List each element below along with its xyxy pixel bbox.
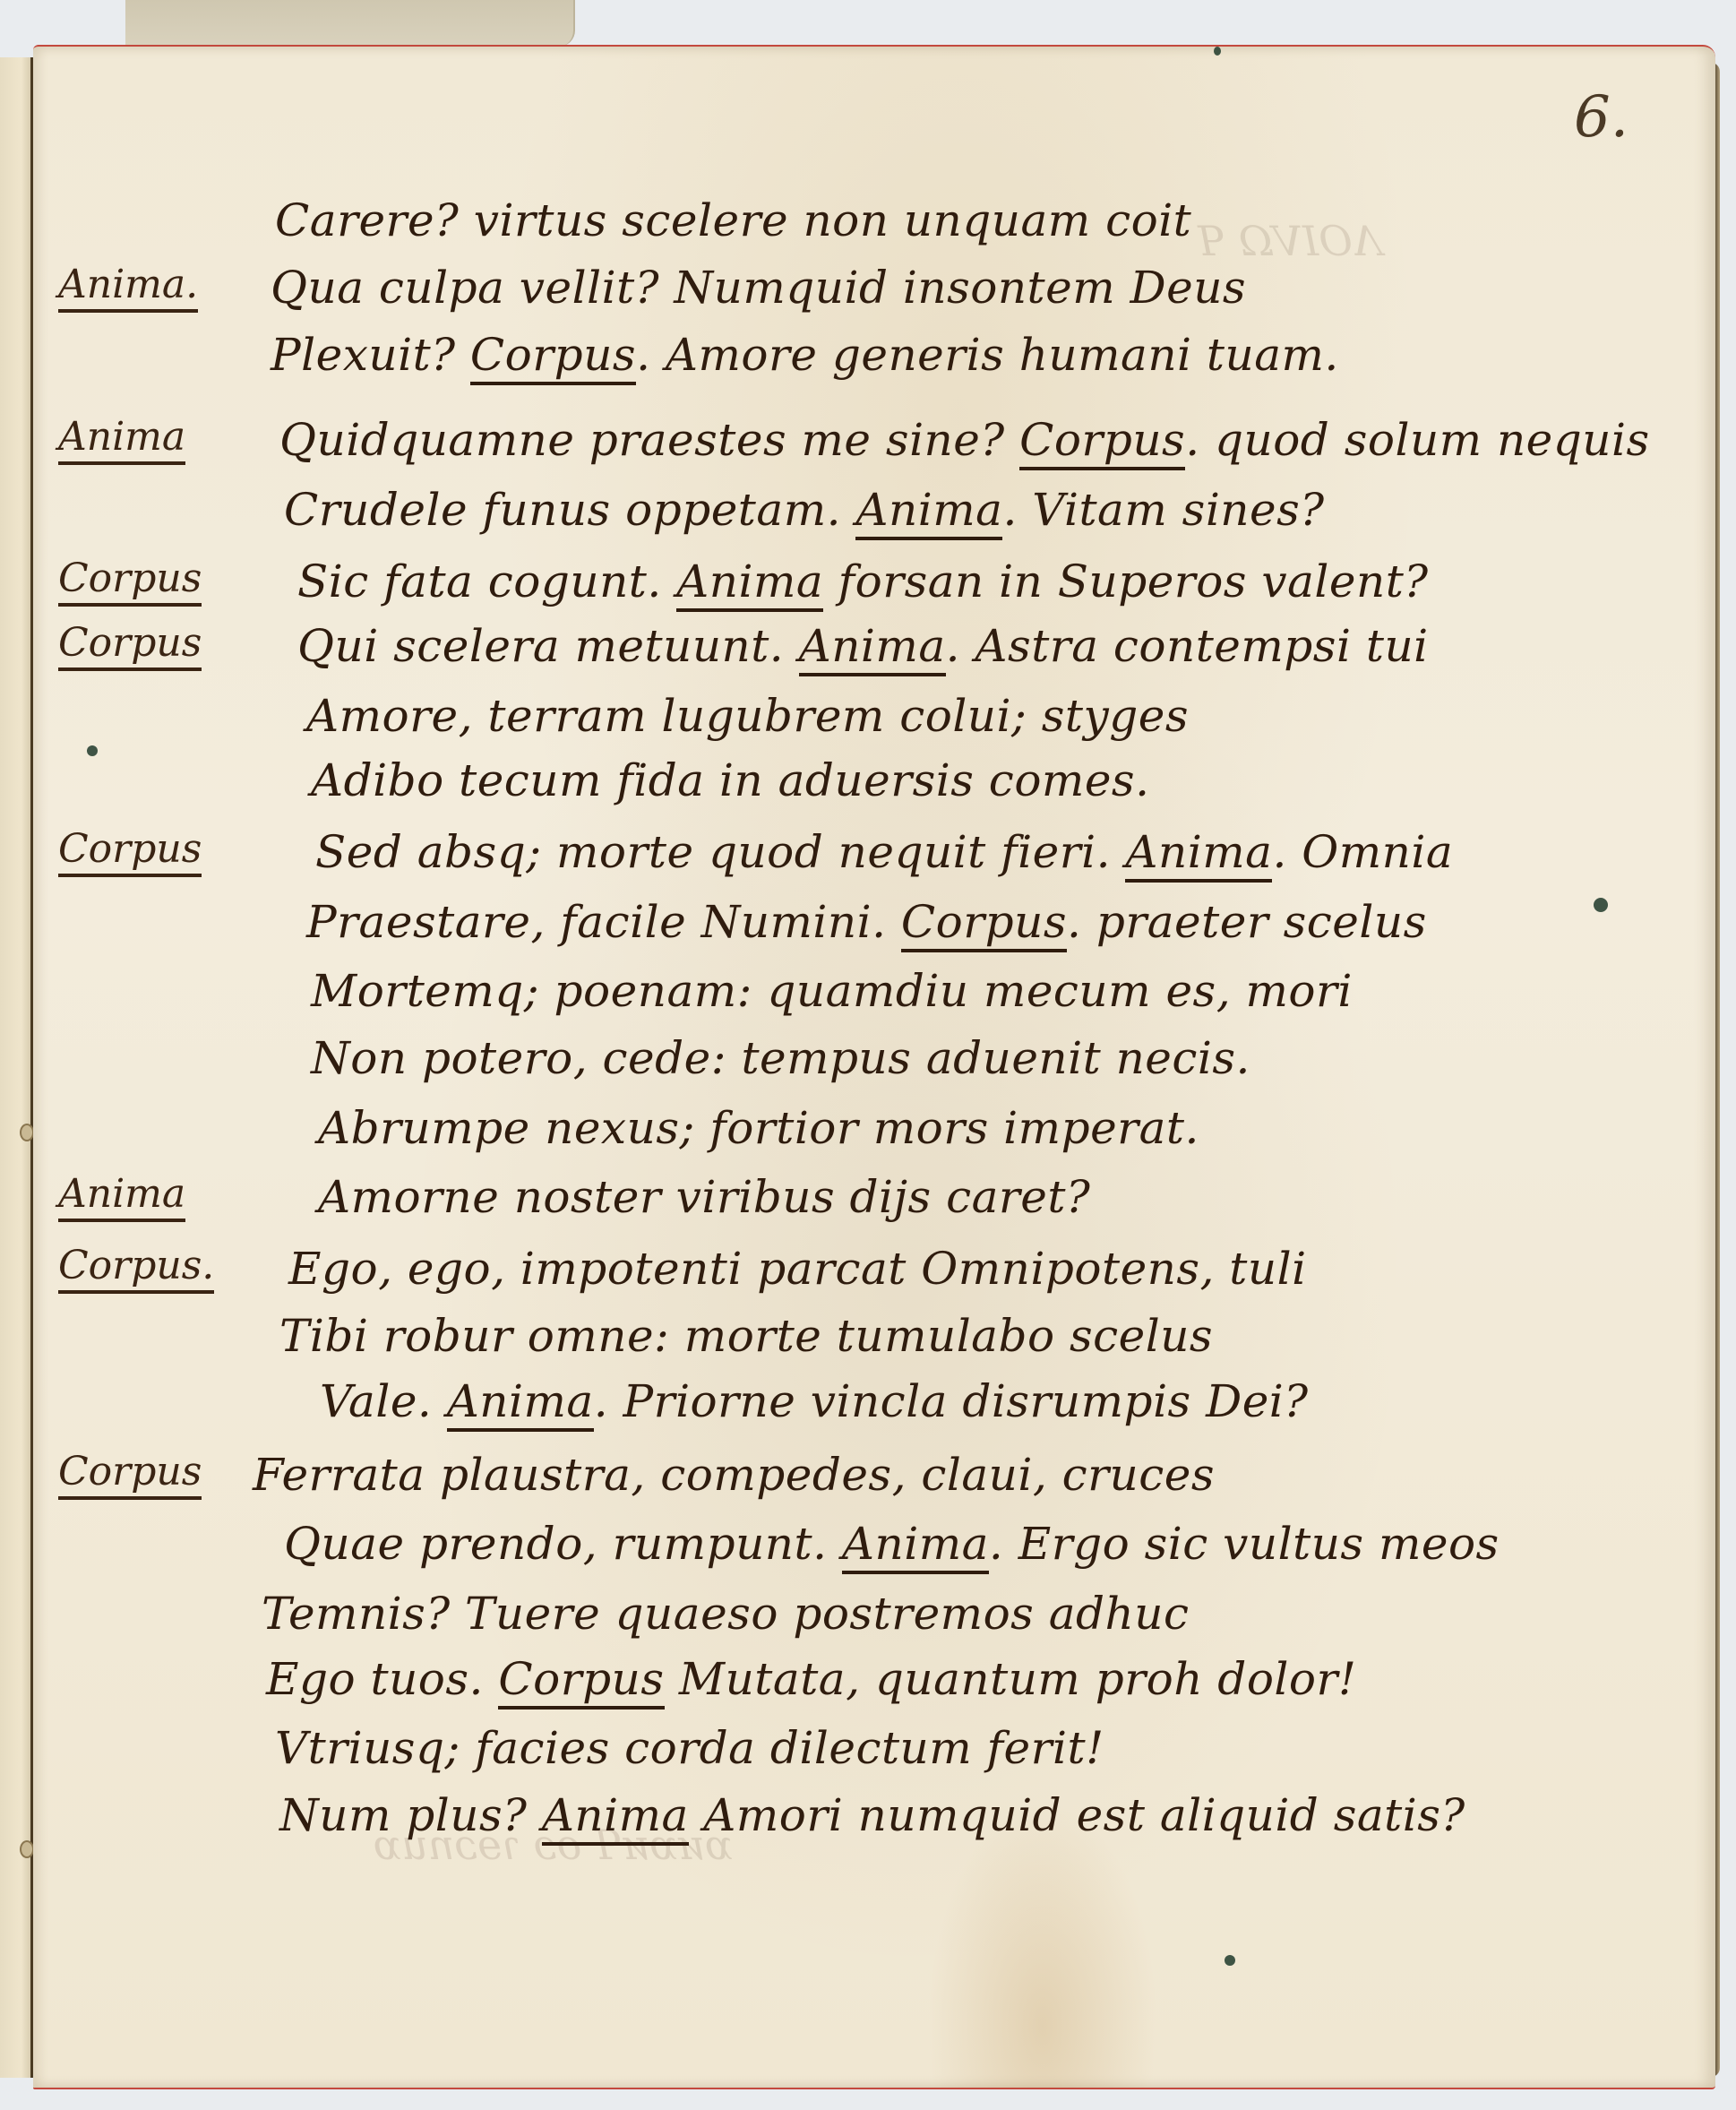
dialogue-line: Mortemq; poenam: quamdiu mecum es, mori [33, 965, 1715, 1033]
speaker-name: Corpus [58, 826, 202, 877]
dialogue-line: Num plus? Anima Amori numquid est aliqui… [33, 1789, 1715, 1857]
dialogue-line: Ego tuos. Corpus Mutata, quantum proh do… [33, 1653, 1715, 1721]
verse-text: Abrumpe nexus; fortior mors imperat. [318, 1102, 1199, 1154]
dialogue-line: CorpusFerrata plaustra, compedes, claui,… [33, 1449, 1715, 1517]
verse-text: Quidquamne praestes me sine? Corpus. quo… [279, 414, 1650, 466]
verse-segment: Amorne noster viribus dijs caret? [318, 1171, 1090, 1223]
inline-speaker-name: Corpus [901, 896, 1067, 952]
speaker-name: Corpus [58, 1449, 202, 1500]
inline-speaker-name: Anima [676, 555, 823, 612]
verse-segment: Carere? virtus scelere non unquam coit [275, 194, 1191, 246]
verse-text: Amore, terram lugubrem colui; styges [306, 690, 1189, 742]
verse-text: Crudele funus oppetam. Anima. Vitam sine… [284, 484, 1325, 536]
verse-segment: Sic fata cogunt. [297, 555, 676, 607]
speaker-label: Corpus [58, 620, 228, 671]
verse-text: Amorne noster viribus dijs caret? [318, 1171, 1090, 1223]
verse-segment: Abrumpe nexus; fortior mors imperat. [318, 1102, 1199, 1154]
verse-text: Temnis? Tuere quaeso postremos adhuc [262, 1588, 1189, 1640]
speaker-name: Corpus [58, 620, 202, 671]
dialogue-line: Plexuit? Corpus. Amore generis humani tu… [33, 329, 1715, 397]
inline-speaker-name: Corpus [1019, 414, 1185, 470]
verse-text: Quae prendo, rumpunt. Anima. Ergo sic vu… [284, 1518, 1500, 1570]
speaker-label: Corpus. [58, 1243, 228, 1294]
page-tab-flap [125, 0, 575, 47]
verse-text: Num plus? Anima Amori numquid est aliqui… [279, 1789, 1465, 1841]
speaker-name: Anima [58, 414, 185, 465]
verse-segment: . Ergo sic vultus meos [989, 1518, 1500, 1570]
verse-segment: Quidquamne praestes me sine? [279, 414, 1019, 466]
verse-segment: Vale. [320, 1375, 447, 1427]
verse-text: Mortemq; poenam: quamdiu mecum es, mori [311, 965, 1353, 1017]
verse-text: Non potero, cede: tempus aduenit necis. [311, 1032, 1250, 1084]
dialogue-line: Praestare, facile Numini. Corpus. praete… [33, 896, 1715, 964]
speaker-label: Anima. [58, 262, 228, 313]
verse-segment: Crudele funus oppetam. [284, 484, 855, 536]
binding-stitch [20, 1840, 34, 1858]
verse-text: Qua culpa vellit? Numquid insontem Deus [271, 262, 1246, 314]
inline-speaker-name: Anima [447, 1375, 594, 1432]
ink-blot [87, 745, 98, 756]
speaker-name: Anima. [58, 262, 198, 313]
dialogue-line: Non potero, cede: tempus aduenit necis. [33, 1032, 1715, 1100]
inline-speaker-name: Anima [799, 620, 946, 676]
verse-text: Sic fata cogunt. Anima forsan in Superos… [297, 555, 1429, 607]
dialogue-line: CorpusQui scelera metuunt. Anima. Astra … [33, 620, 1715, 688]
dialogue-line: Corpus.Ego, ego, impotenti parcat Omnipo… [33, 1243, 1715, 1311]
speaker-label: Anima [58, 1171, 228, 1222]
verse-text: Adibo tecum fida in aduersis comes. [311, 754, 1149, 806]
dialogue-line: Abrumpe nexus; fortior mors imperat. [33, 1102, 1715, 1170]
inline-speaker-name: Anima [1125, 826, 1272, 883]
folio-number: 6. [1574, 84, 1629, 151]
speaker-name: Corpus. [58, 1243, 214, 1294]
verse-segment: . Amore generis humani tuam. [636, 329, 1339, 381]
verse-text: Vtriusq; facies corda dilectum ferit! [275, 1722, 1104, 1774]
verse-segment: . Omnia [1272, 826, 1453, 878]
verse-segment: Vtriusq; facies corda dilectum ferit! [275, 1722, 1104, 1774]
inline-speaker-name: Anima [855, 484, 1002, 540]
dialogue-line: Vale. Anima. Priorne vincla disrumpis De… [33, 1375, 1715, 1443]
speaker-name: Anima [58, 1171, 185, 1222]
ink-blot [1594, 898, 1608, 912]
ink-blot [1214, 47, 1221, 56]
verse-segment: Ferrata plaustra, compedes, claui, cruce… [253, 1449, 1215, 1501]
verse-segment: Quae prendo, rumpunt. [284, 1518, 842, 1570]
verse-segment: forsan in Superos valent? [823, 555, 1428, 607]
verse-segment: Adibo tecum fida in aduersis comes. [311, 754, 1149, 806]
verse-segment: Qua culpa vellit? Numquid insontem Deus [271, 262, 1246, 314]
inline-speaker-name: Corpus [470, 329, 636, 385]
verse-text: Qui scelera metuunt. Anima. Astra contem… [297, 620, 1429, 672]
verse-segment: Mortemq; poenam: quamdiu mecum es, mori [311, 965, 1353, 1017]
speaker-label: Corpus [58, 1449, 228, 1500]
verse-segment: Qui scelera metuunt. [297, 620, 799, 672]
verse-segment: Non potero, cede: tempus aduenit necis. [311, 1032, 1250, 1084]
inline-speaker-name: Anima [842, 1518, 989, 1574]
dialogue-line: Adibo tecum fida in aduersis comes. [33, 754, 1715, 822]
speaker-label: Anima [58, 414, 228, 465]
verse-segment: Sed absq; morte quod nequit fieri. [315, 826, 1125, 878]
dialogue-line: CorpusSed absq; morte quod nequit fieri.… [33, 826, 1715, 894]
verse-text: Sed absq; morte quod nequit fieri. Anima… [315, 826, 1453, 878]
dialogue-line: Amore, terram lugubrem colui; styges [33, 690, 1715, 758]
dialogue-line: Quae prendo, rumpunt. Anima. Ergo sic vu… [33, 1518, 1715, 1586]
dialogue-line: Carere? virtus scelere non unquam coit [33, 194, 1715, 263]
dialogue-line: Tibi robur omne: morte tumulabo scelus [33, 1310, 1715, 1378]
dialogue-line: Anima.Qua culpa vellit? Numquid insontem… [33, 262, 1715, 330]
verse-segment: Temnis? Tuere quaeso postremos adhuc [262, 1588, 1189, 1640]
verse-segment: . praeter scelus [1067, 896, 1427, 948]
verse-segment: Praestare, facile Numini. [306, 896, 901, 948]
dialogue-line: Vtriusq; facies corda dilectum ferit! [33, 1722, 1715, 1790]
binding-stitch [20, 1124, 34, 1141]
left-facing-page-edge [0, 57, 33, 2078]
dialogue-line: Temnis? Tuere quaeso postremos adhuc [33, 1588, 1715, 1656]
speaker-label: Corpus [58, 555, 228, 607]
verse-segment: Ego tuos. [266, 1653, 498, 1705]
dialogue-line: AnimaAmorne noster viribus dijs caret? [33, 1171, 1715, 1239]
speaker-label: Corpus [58, 826, 228, 877]
verse-segment: Plexuit? [271, 329, 470, 381]
speaker-name: Corpus [58, 555, 202, 607]
verse-text: Tibi robur omne: morte tumulabo scelus [279, 1310, 1213, 1362]
verse-text: Vale. Anima. Priorne vincla disrumpis De… [320, 1375, 1309, 1427]
verse-segment: Amore, terram lugubrem colui; styges [306, 690, 1189, 742]
verse-segment: . Vitam sines? [1002, 484, 1324, 536]
verse-segment: Tibi robur omne: morte tumulabo scelus [279, 1310, 1213, 1362]
verse-segment: Mutata, quantum proh dolor! [665, 1653, 1357, 1705]
manuscript-page: ΛOIVΩ ꟼ ɒᴎɒᴎꟼ oɔ ɿɘɔnuɒ 6. Carere? virtu… [33, 45, 1715, 2089]
verse-text: Ego tuos. Corpus Mutata, quantum proh do… [266, 1653, 1357, 1705]
verse-text: Carere? virtus scelere non unquam coit [275, 194, 1191, 246]
verse-text: Praestare, facile Numini. Corpus. praete… [306, 896, 1427, 948]
verse-segment: Ego, ego, impotenti parcat Omnipotens, t… [288, 1243, 1307, 1295]
verse-segment: Num plus? [279, 1789, 542, 1841]
verse-segment: . Astra contempsi tui [946, 620, 1429, 672]
verse-text: Ferrata plaustra, compedes, claui, cruce… [253, 1449, 1215, 1501]
verse-text: Plexuit? Corpus. Amore generis humani tu… [271, 329, 1339, 381]
verse-segment: Amori numquid est aliquid satis? [689, 1789, 1465, 1841]
dialogue-line: CorpusSic fata cogunt. Anima forsan in S… [33, 555, 1715, 624]
dialogue-line: AnimaQuidquamne praestes me sine? Corpus… [33, 414, 1715, 482]
dialogue-line: Crudele funus oppetam. Anima. Vitam sine… [33, 484, 1715, 552]
ink-blot [1225, 1955, 1235, 1966]
verse-segment: . quod solum nequis [1185, 414, 1649, 466]
inline-speaker-name: Anima [542, 1789, 689, 1846]
inline-speaker-name: Corpus [498, 1653, 664, 1710]
verse-text: Ego, ego, impotenti parcat Omnipotens, t… [288, 1243, 1307, 1295]
verse-segment: . Priorne vincla disrumpis Dei? [594, 1375, 1309, 1427]
